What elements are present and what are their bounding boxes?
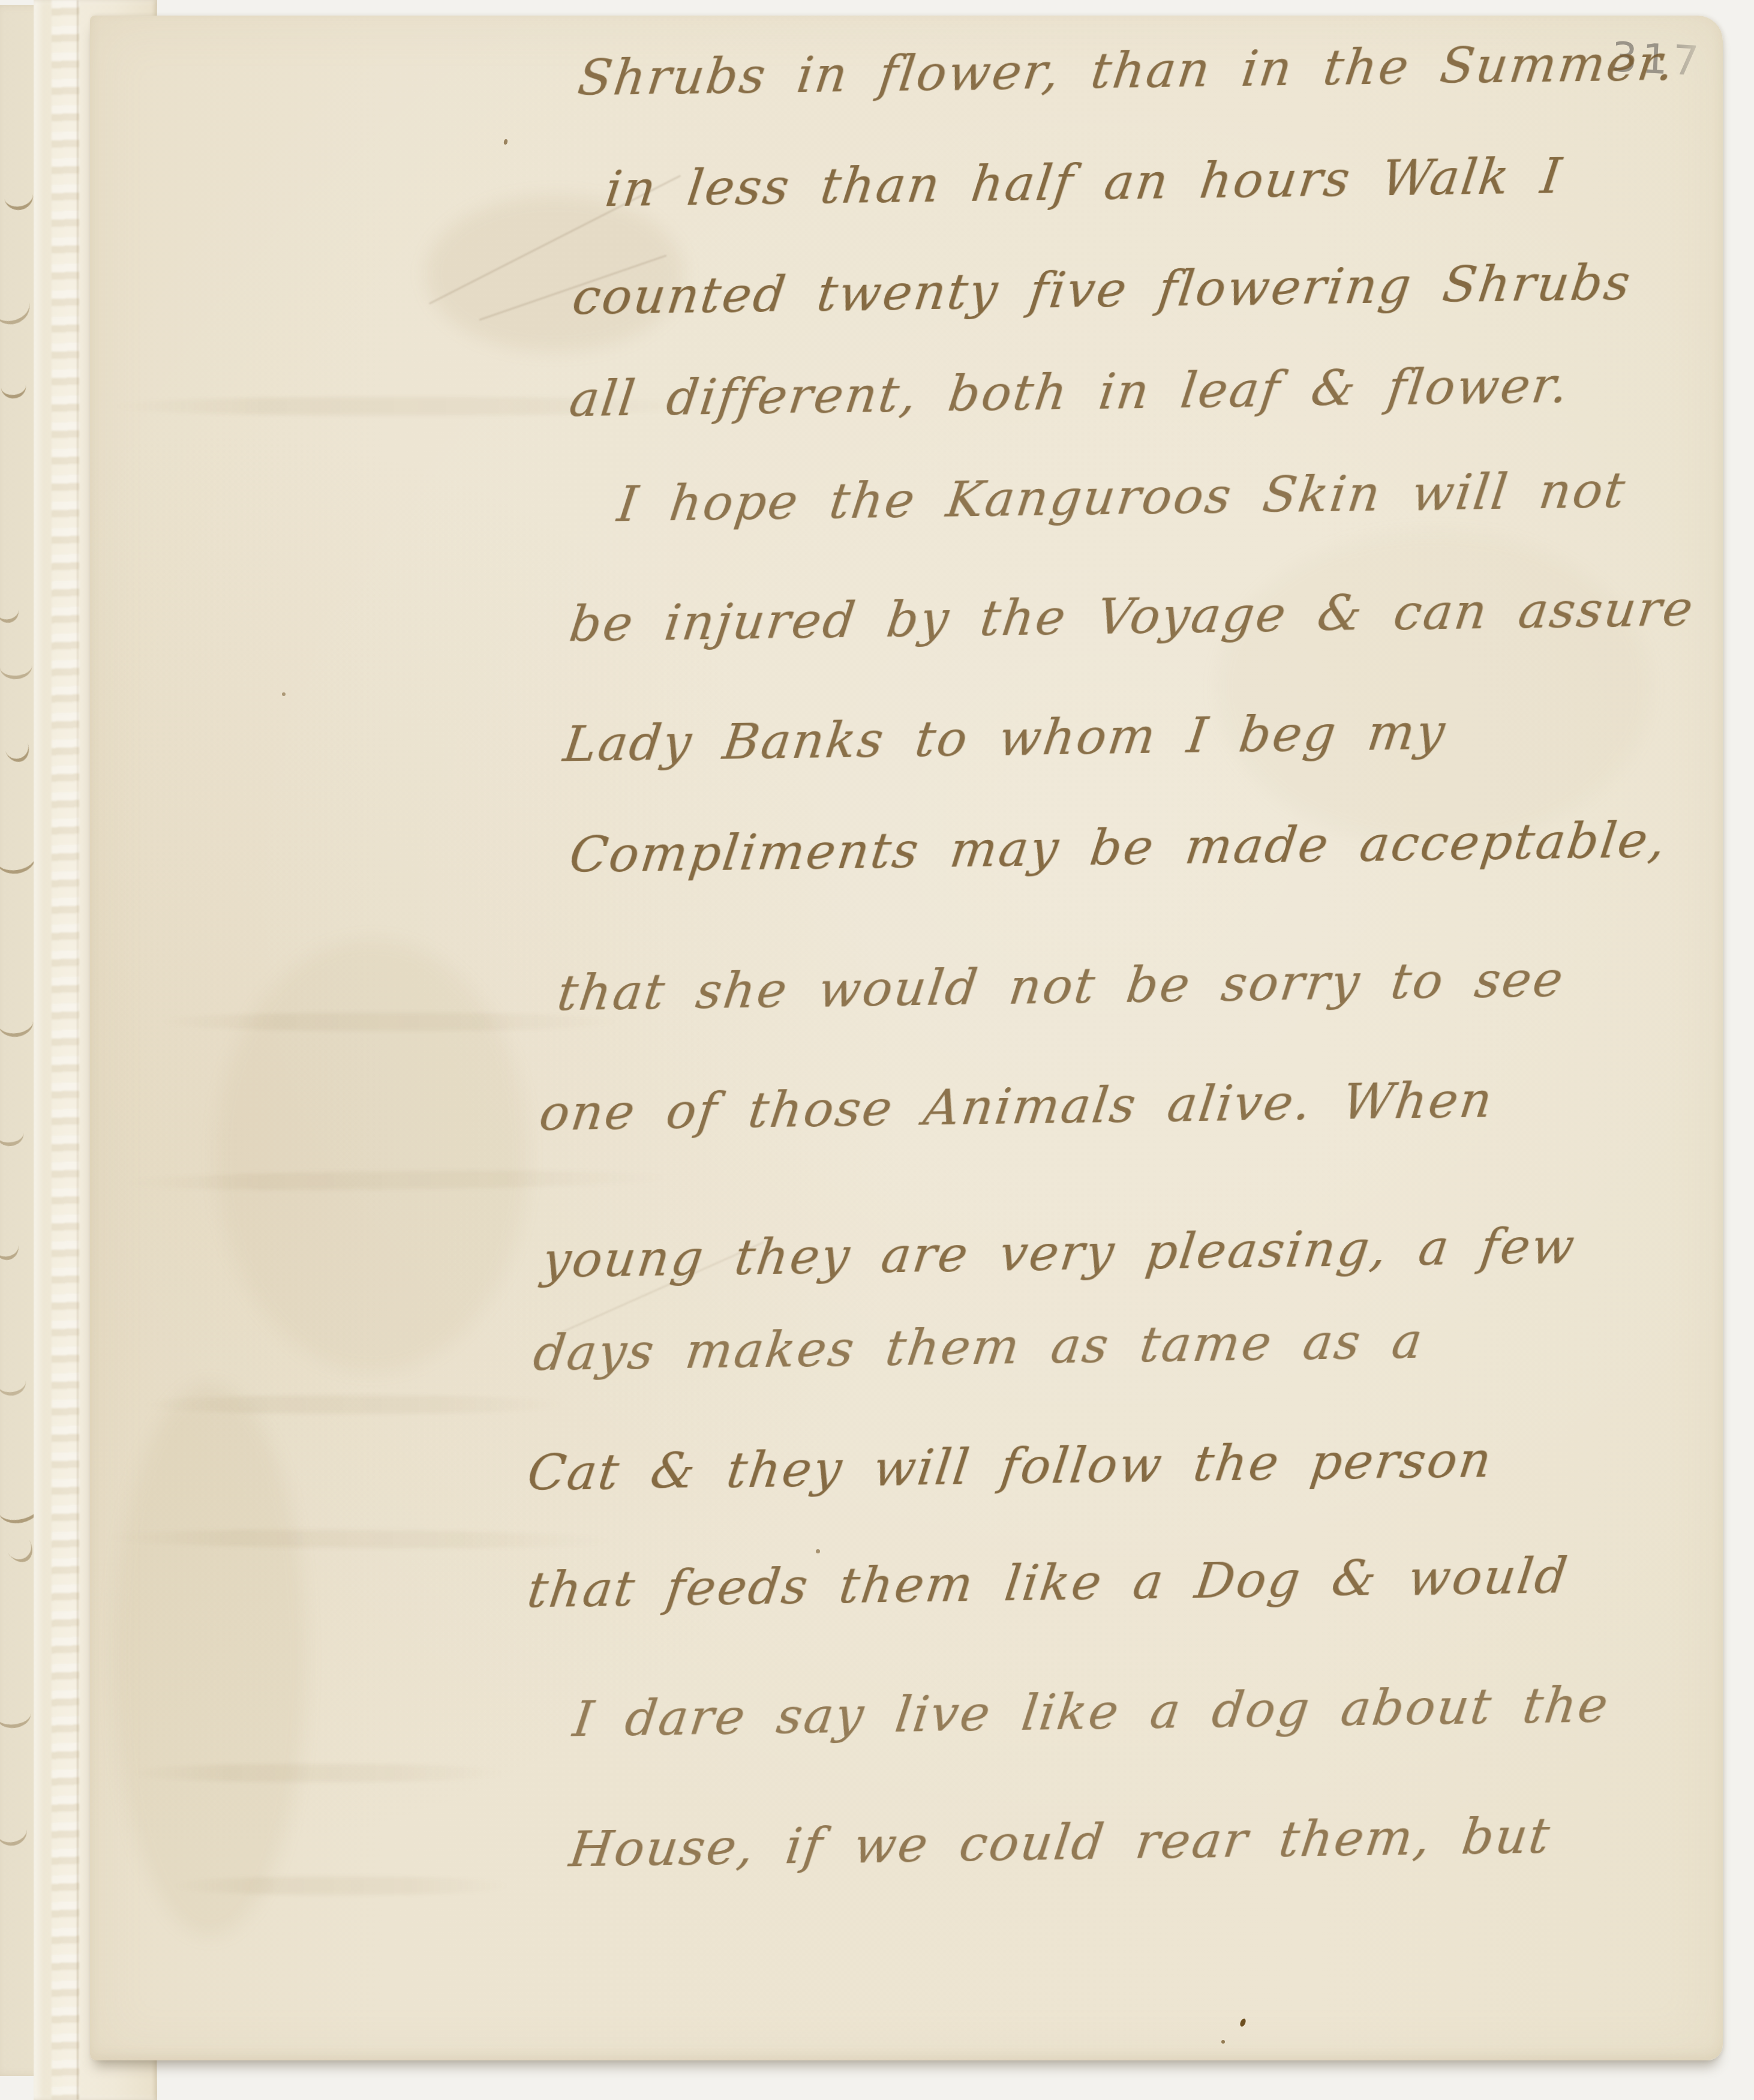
manuscript-line-1: Shrubs in flower, than in the Summer.	[575, 35, 1678, 107]
ink-fragment	[0, 605, 20, 625]
ink-fragment	[0, 1824, 29, 1849]
ink-fragment	[0, 1708, 32, 1730]
manuscript-line-13: Cat & they will follow the person	[524, 1432, 1496, 1502]
manuscript-line-7: Lady Banks to whom I beg my	[560, 704, 1449, 773]
manuscript-line-3: counted twenty five flowering Shrubs	[569, 254, 1635, 326]
ink-speck	[816, 1549, 820, 1553]
manuscript-line-10: one of those Animals alive. When	[536, 1072, 1497, 1142]
manuscript-line-9: that she would not be sorry to see	[554, 951, 1567, 1022]
manuscript-line-15: I dare say live like a dog about the	[570, 1676, 1613, 1748]
ink-fragment	[1, 380, 28, 400]
letter-body: Shrubs in flower, than in the Summer.in …	[90, 16, 1723, 2060]
ink-fragment	[0, 1240, 20, 1262]
ink-fragment	[0, 1376, 28, 1397]
ink-fragment	[4, 188, 35, 212]
ink-speck	[282, 692, 286, 696]
manuscript-page: 317 Shrubs in flower, than in the Summer…	[90, 16, 1723, 2060]
manuscript-line-5: I hope the Kanguroos Skin will not	[614, 462, 1630, 533]
ink-fragment	[3, 737, 33, 766]
fold-crease	[77, 0, 79, 2100]
ink-fragment	[0, 1016, 35, 1039]
ink-fragment	[4, 1534, 38, 1567]
manuscript-line-11: young they are very pleasing, a few	[539, 1217, 1579, 1289]
ink-fragment	[0, 295, 34, 329]
manuscript-line-16: House, if we could rear them, but	[566, 1807, 1554, 1878]
torn-edge	[52, 0, 79, 2100]
scanned-letter: 317 Shrubs in flower, than in the Summer…	[0, 0, 1754, 2100]
manuscript-line-4: all different, both in leaf & flower.	[566, 357, 1573, 428]
ink-fragment	[0, 660, 33, 680]
manuscript-line-6: be injured by the Voyage & can assure	[566, 580, 1698, 653]
manuscript-line-12: days makes them as tame as a	[530, 1312, 1427, 1382]
ink-speck	[1221, 2040, 1225, 2044]
ink-fragment	[0, 1128, 25, 1147]
manuscript-line-2: in less than half an hours Walk I	[602, 148, 1566, 218]
manuscript-line-14: that feeds them like a Dog & would	[524, 1547, 1572, 1619]
ink-fragment	[0, 850, 37, 877]
manuscript-line-8: Compliments may be made acceptable,	[566, 812, 1670, 884]
